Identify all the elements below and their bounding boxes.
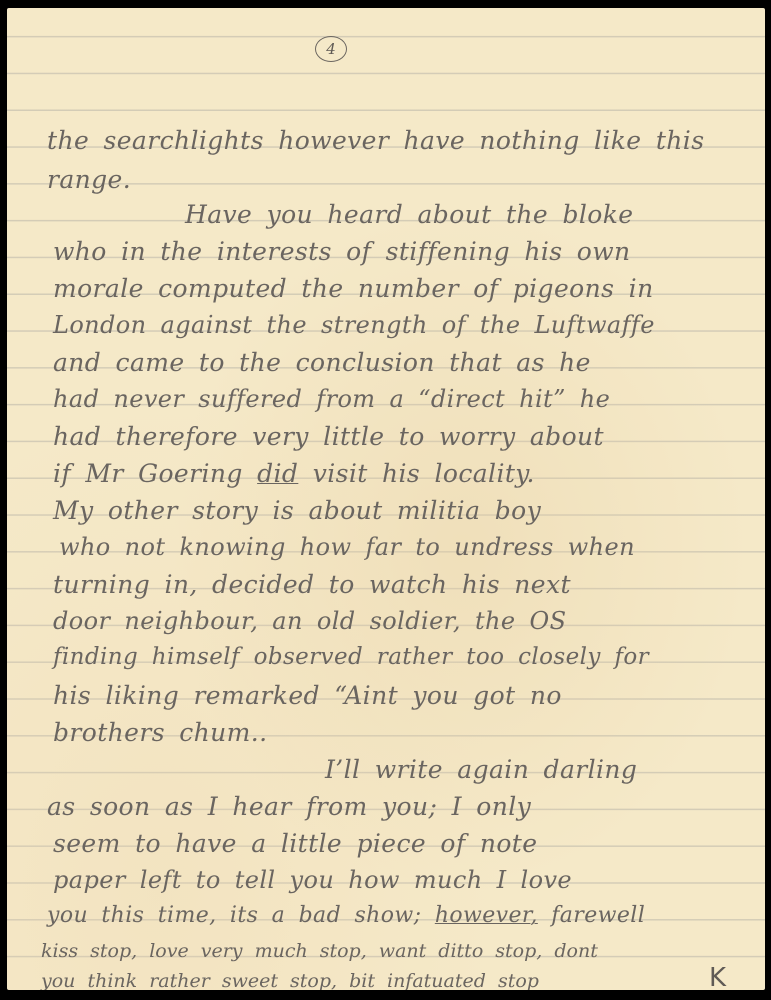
text-line-2: range. <box>47 165 131 194</box>
text-span: visit his locality. <box>313 459 535 488</box>
text-line-17: brothers chum.. <box>53 718 267 747</box>
text-line-13: turning in, decided to watch his next <box>53 570 571 599</box>
text-line-9: had therefore very little to worry about <box>53 422 604 451</box>
underlined-word: did <box>257 459 298 488</box>
text-line-23: kiss stop, love very much stop, want dit… <box>41 940 598 962</box>
text-line-5: morale computed the number of pigeons in <box>53 274 654 303</box>
text-line-7: and came to the conclusion that as he <box>53 348 591 377</box>
text-line-4: who in the interests of stiffening his o… <box>53 237 631 266</box>
text-line-12: who not knowing how far to undress when <box>59 533 635 561</box>
text-line-24: you think rather sweet stop, bit infatua… <box>41 970 539 990</box>
text-span: if Mr Goering <box>53 459 243 488</box>
page-number: 4 <box>315 36 347 62</box>
text-line-10: if Mr Goering did visit his locality. <box>53 459 535 488</box>
text-line-18: I’ll write again darling <box>325 755 637 784</box>
text-line-16: his liking remarked “Aint you got no <box>53 681 562 710</box>
text-span: farewell <box>551 903 645 928</box>
text-line-11: My other story is about militia boy <box>53 496 541 525</box>
text-line-3: Have you heard about the bloke <box>185 200 633 229</box>
underlined-word: however, <box>435 903 538 928</box>
signature-initial: K <box>709 963 726 990</box>
text-line-21: paper left to tell you how much I love <box>53 866 572 894</box>
letter-page: 4 the searchlights however have nothing … <box>7 8 765 990</box>
text-line-15: finding himself observed rather too clos… <box>53 644 649 670</box>
text-line-1: the searchlights however have nothing li… <box>47 126 704 155</box>
text-span: you this time, its a bad show; <box>47 903 421 928</box>
text-line-19: as soon as I hear from you; I only <box>47 792 531 821</box>
text-line-6: London against the strength of the Luftw… <box>53 311 655 339</box>
text-line-22: you this time, its a bad show; however, … <box>47 903 645 928</box>
text-line-14: door neighbour, an old soldier, the OS <box>53 607 566 635</box>
text-line-20: seem to have a little piece of note <box>53 829 537 858</box>
text-line-8: had never suffered from a “direct hit” h… <box>53 385 610 413</box>
